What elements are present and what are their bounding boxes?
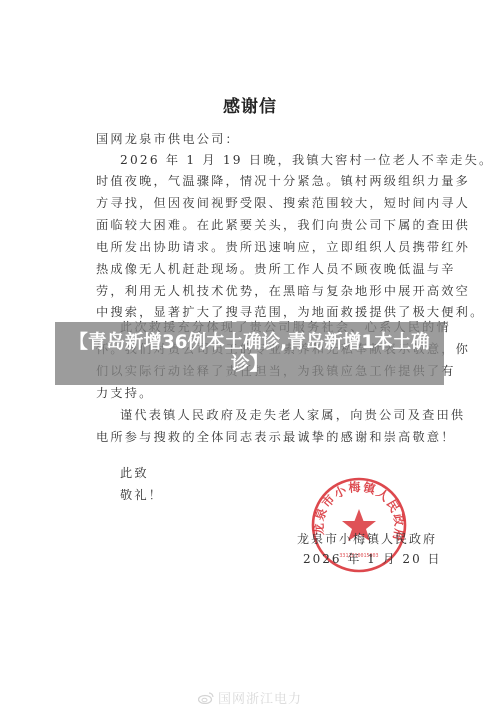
letter-line: 方寻找，但因夜间视野受限、搜索范围较大，短时间内寻人 (96, 195, 470, 211)
watermark: 国网浙江电力 (0, 688, 500, 707)
letter-closing-2: 敬礼！ (120, 487, 163, 503)
letter-line: 电所发出协助请求。贵所迅速响应，立即组织人员携带红外 (96, 239, 470, 255)
signature-org: 龙泉市小梅镇人民政府 (297, 530, 437, 547)
watermark-text: 国网浙江电力 (218, 692, 302, 707)
letter-line: 中搜索，显著扩大了搜寻范围，为地面救援提供了极大便利。 (96, 304, 484, 320)
letter-line: 热成像无人机赶赴现场。贵所工作人员不顾夜晚低温与辛 (96, 261, 456, 277)
letter-line: 力支持。 (96, 385, 154, 401)
headline-overlay: 【青岛新增36例本土确诊,青岛新增1本土确诊】 (55, 322, 444, 385)
letter-closing-1: 此致 (120, 465, 149, 481)
letter-title: 感谢信 (0, 92, 500, 117)
weibo-icon (198, 692, 214, 704)
letter-line: 2026 年 1 月 19 日晚，我镇大窖村一位老人不幸走失。 (120, 152, 493, 168)
signature-date: 2026 年 1 月 20 日 (303, 550, 442, 567)
letter-line: 劳，利用无人机技术优势，在黑暗与复杂地形中展开高效空 (96, 283, 470, 299)
letter-line: 面临较大困难。在此紧要关头，我们向贵公司下属的查田供 (96, 217, 470, 233)
letter-salutation: 国网龙泉市供电公司： (96, 131, 240, 147)
letter-line: 时值夜晚，气温骤降，情况十分紧急。镇村两级组织力量多 (96, 173, 470, 189)
headline-text: 【青岛新增36例本土确诊,青岛新增1本土确诊】 (55, 332, 444, 376)
letter-line: 谨代表镇人民政府及走失老人家属，向贵公司及查田供 (120, 407, 465, 423)
letter-line: 电所参与搜救的全体同志表示最诚挚的感谢和崇高敬意！ (96, 429, 456, 445)
